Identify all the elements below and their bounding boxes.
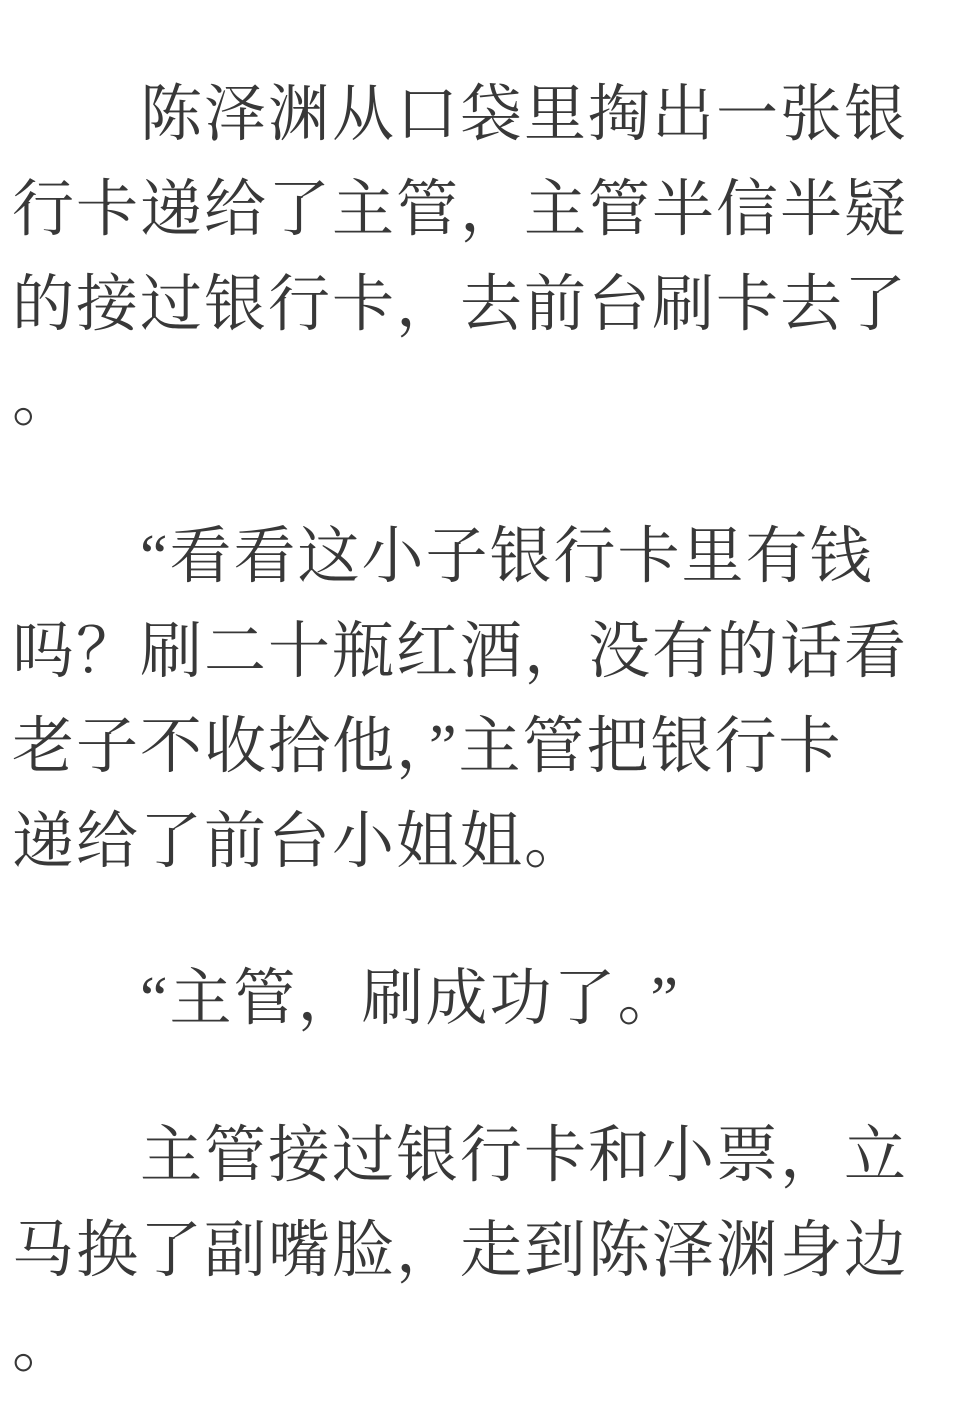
text-line: 陈泽渊从口袋里掏出一张银 bbox=[12, 81, 908, 149]
paragraph: “看看这小子银行卡里有钱 吗？刷二十瓶红酒，没有的话看 老子不收拾他，”主管把银… bbox=[12, 510, 950, 890]
text-line: 马换了副嘴脸，走到陈泽渊身边 bbox=[12, 1217, 908, 1285]
text-line: “主管，刷成功了。” bbox=[12, 965, 680, 1033]
text-line: 老子不收拾他，”主管把银行卡 bbox=[12, 713, 843, 781]
reading-page: 陈泽渊从口袋里掏出一张银 行卡递给了主管，主管半信半疑 的接过银行卡，去前台刷卡… bbox=[0, 0, 960, 1416]
text-line: 主管接过银行卡和小票，立 bbox=[12, 1122, 908, 1190]
text-line: 吗？刷二十瓶红酒，没有的话看 bbox=[12, 618, 908, 686]
text-line: 。 bbox=[12, 1312, 76, 1380]
text-line: “看看这小子银行卡里有钱 bbox=[12, 523, 874, 591]
text-line: 递给了前台小姐姐。 bbox=[12, 808, 588, 876]
text-line: 。 bbox=[12, 366, 76, 434]
text-line: 行卡递给了主管，主管半信半疑 bbox=[12, 176, 908, 244]
paragraph: “主管，刷成功了。” bbox=[12, 952, 950, 1047]
paragraph: 陈泽渊从口袋里掏出一张银 行卡递给了主管，主管半信半疑 的接过银行卡，去前台刷卡… bbox=[12, 68, 950, 448]
paragraph: 主管接过银行卡和小票，立 马换了副嘴脸，走到陈泽渊身边 。 bbox=[12, 1109, 950, 1394]
text-line: 的接过银行卡，去前台刷卡去了 bbox=[12, 271, 908, 339]
